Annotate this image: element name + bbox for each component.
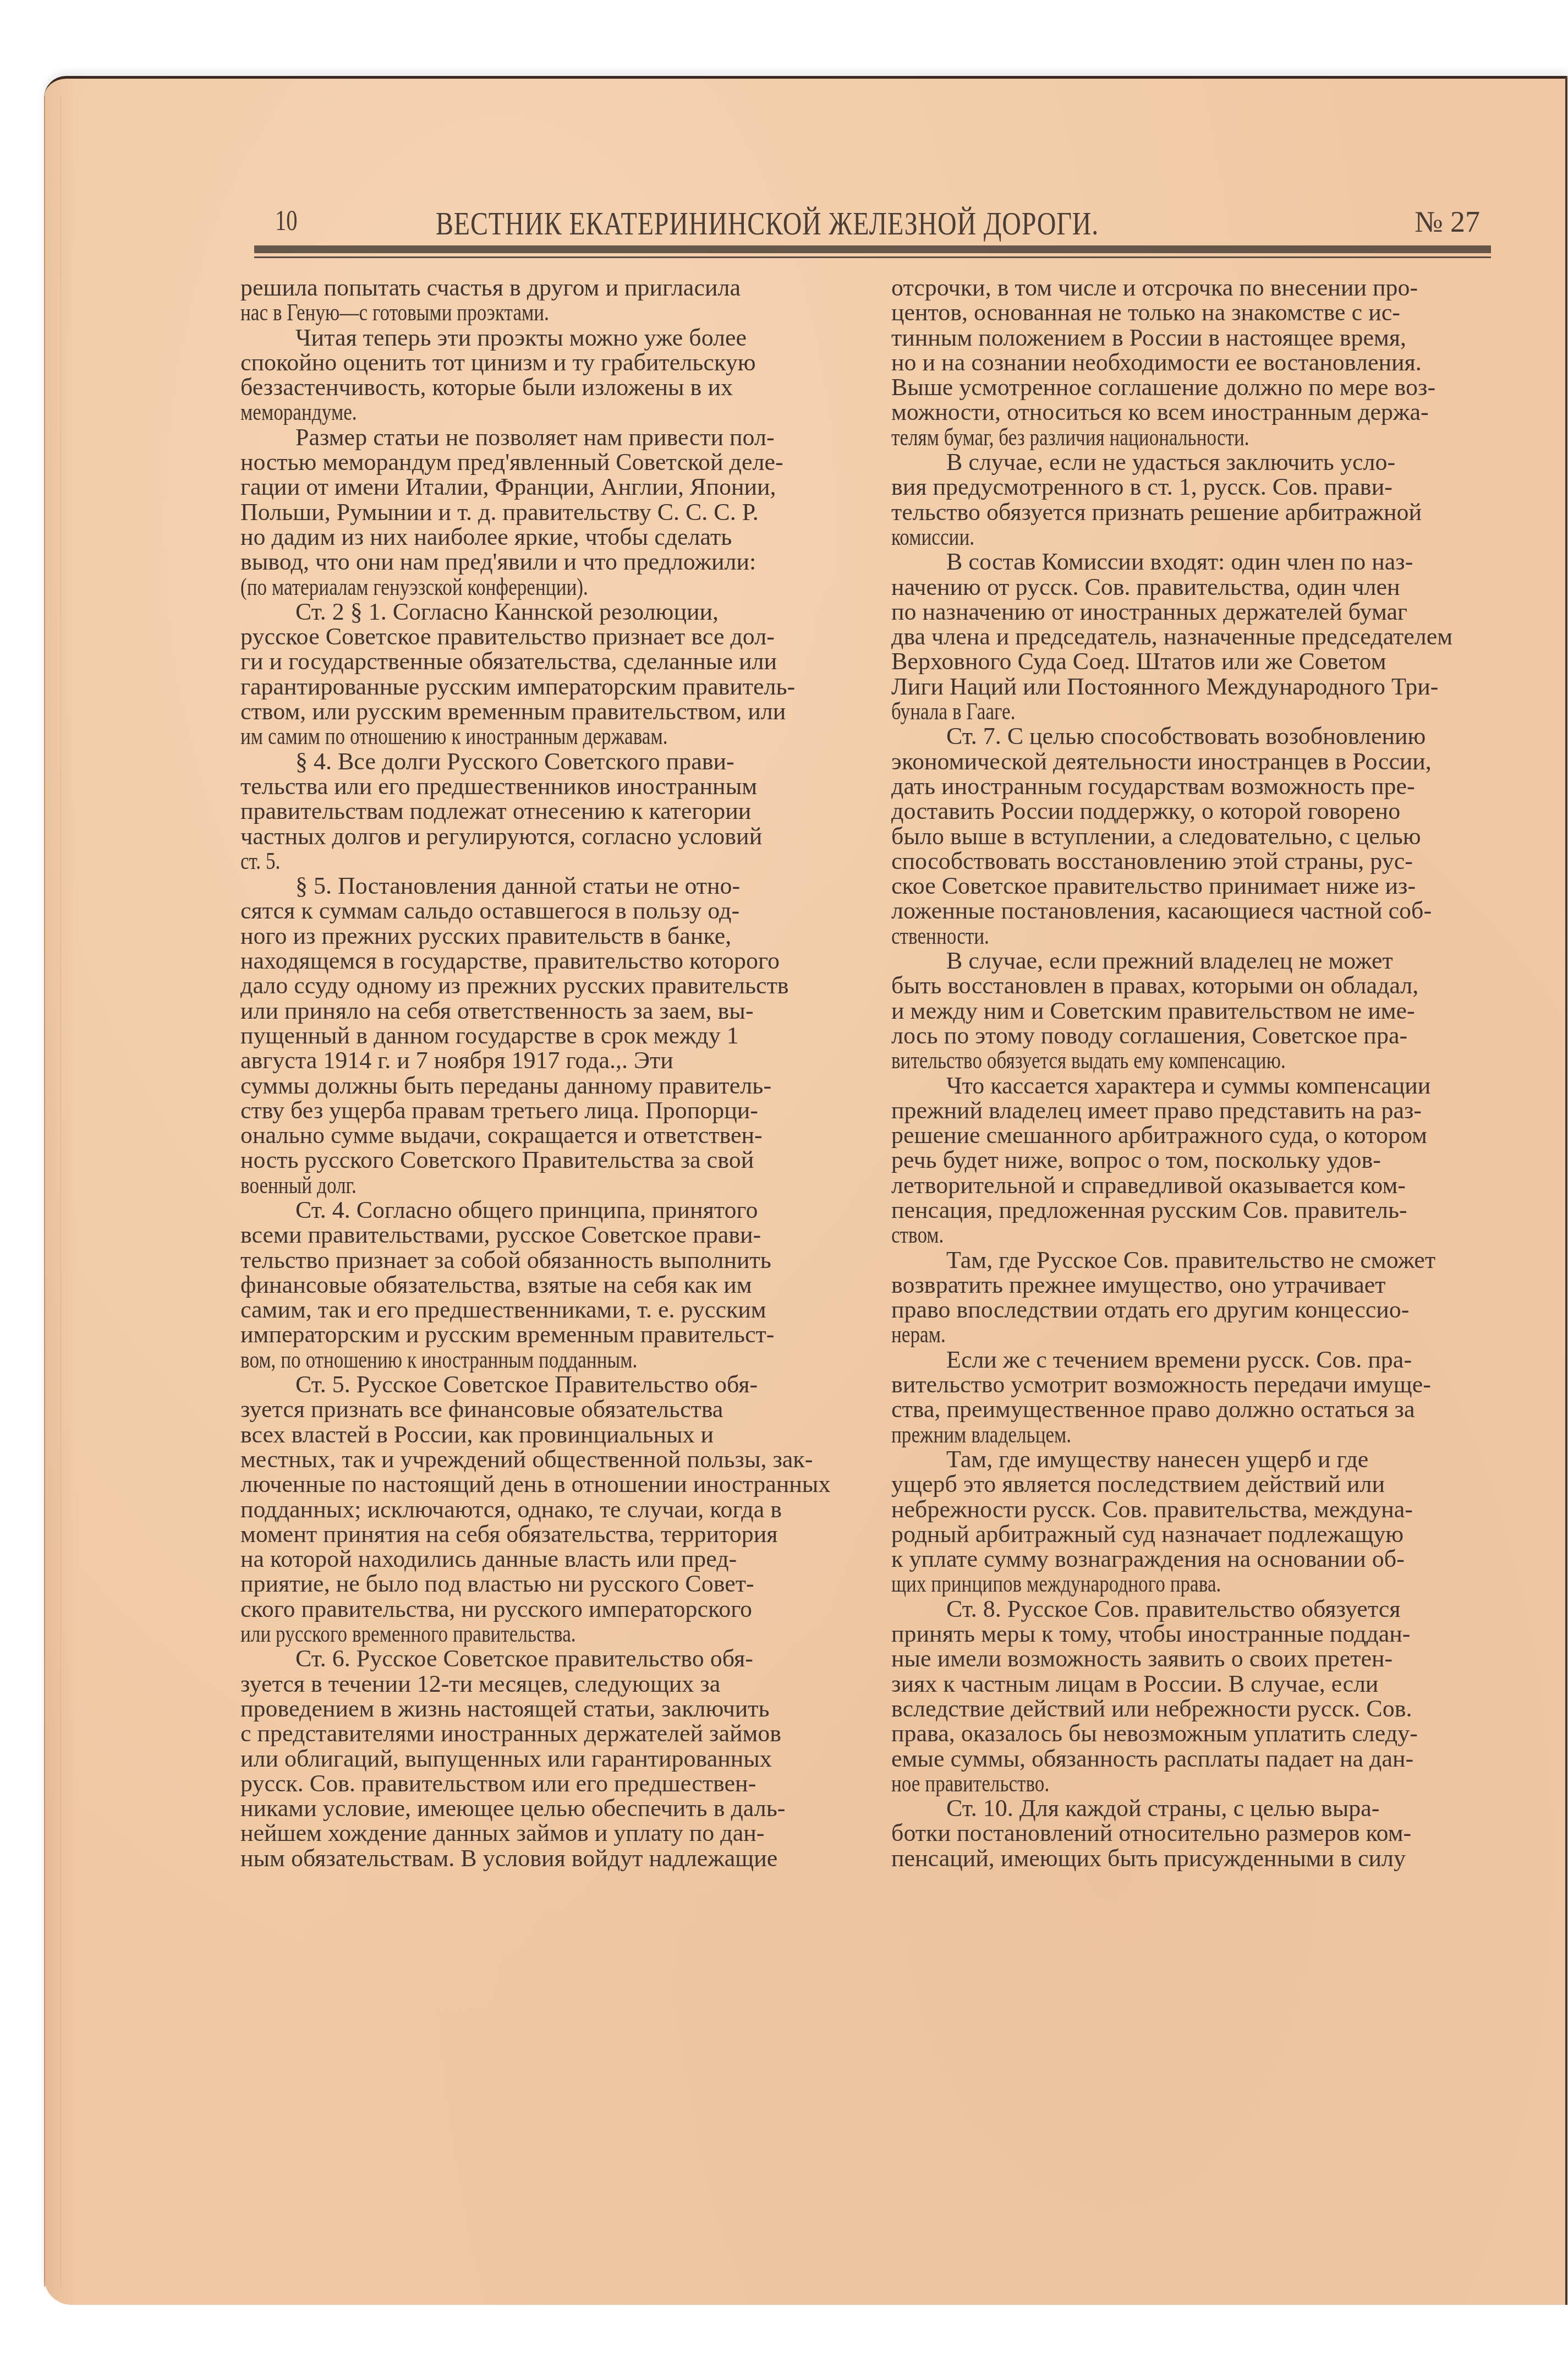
text-line: два члена и председатель, назначенные пр…: [891, 624, 1502, 649]
text-line: но дадим из них наиболее яркие, чтобы сд…: [240, 524, 851, 549]
text-line: ное правительство.: [891, 1771, 1502, 1796]
text-line: Размер статьи не позволяет нам привести …: [240, 425, 851, 450]
text-line: ству без ущерба правам третьего лица. Пр…: [240, 1098, 851, 1123]
text-line-content: ством.: [891, 1222, 944, 1247]
text-line-content: Ст. 2 § 1. Согласно Каннской резолюции,: [295, 599, 719, 624]
text-line-content: В случае, если не удасться заключить усл…: [946, 450, 1395, 474]
text-line: находящемся в государстве, правительство…: [240, 948, 851, 973]
text-line: к уплате сумму вознаграждения на основан…: [891, 1546, 1502, 1571]
text-line: вом, по отношению к иностранным подданны…: [240, 1347, 851, 1372]
text-line: возвратить прежнее имущество, оно утрачи…: [891, 1272, 1502, 1297]
text-line-content: беззастенчивость, которые были изложены …: [240, 375, 733, 400]
text-line-content: дать иностранным государствам возможност…: [891, 774, 1415, 799]
text-line-content: русское Советское правительство признает…: [240, 624, 775, 649]
text-line: или русского временного правительства.: [240, 1621, 851, 1646]
text-line-content: Ст. 5. Русское Советское Правительство о…: [295, 1372, 758, 1397]
text-line: спокойно оценить тот цинизм и ту грабите…: [240, 350, 851, 375]
text-line: дать иностранным государствам возможност…: [891, 774, 1502, 799]
text-line-content: местных, так и учреждений общественной п…: [240, 1447, 813, 1472]
text-line: Что кассается характера и суммы компенса…: [891, 1073, 1502, 1098]
text-line: нас в Геную—с готовыми проэктами.: [240, 300, 851, 325]
text-line-content: Ст. 4. Согласно общего принципа, принято…: [295, 1198, 758, 1222]
text-line-content: ложенные постановления, касающиеся частн…: [891, 898, 1432, 923]
text-line: право впоследствии отдать его другим кон…: [891, 1297, 1502, 1322]
text-line-content: ностью меморандум пред'явленный Советско…: [240, 450, 783, 474]
text-line-content: отсрочки, в том числе и отсрочка по внес…: [891, 275, 1418, 300]
text-line-content: на которой находились данные власть или …: [240, 1546, 737, 1571]
text-line: ботки постановлений относительно размеро…: [891, 1821, 1502, 1845]
text-line: правительствам подлежат отнесению к кате…: [240, 799, 851, 823]
text-line: щих принципов международного права.: [891, 1571, 1502, 1596]
text-line-content: § 5. Постановления данной статьи не отно…: [295, 873, 740, 898]
text-line-content: летворительной и справедливой оказываетс…: [891, 1173, 1406, 1198]
text-line-content: гарантированные русским императорским пр…: [240, 674, 795, 699]
text-line-content: Читая теперь эти проэкты можно уже более: [295, 325, 747, 350]
text-line-content: меморандуме.: [240, 400, 357, 424]
text-line-content: Что кассается характера и суммы компенса…: [946, 1073, 1430, 1098]
text-line-content: прежний владелец имеет право представить…: [891, 1098, 1422, 1123]
text-line-content: было выше в вступлении, а следовательно,…: [891, 824, 1421, 849]
text-line: гарантированные русским императорским пр…: [240, 674, 851, 699]
text-line-content: или облигаций, выпущенных или гарантиров…: [240, 1746, 772, 1771]
text-line: прежним владельцем.: [891, 1422, 1502, 1447]
text-line: пенсаций, имеющих быть присужденными в с…: [891, 1846, 1502, 1871]
text-line-content: правительствам подлежат отнесению к кате…: [240, 799, 751, 823]
text-line-content: ного из прежних русских правительств в б…: [240, 923, 731, 948]
text-line-content: по назначению от иностранных держателей …: [891, 599, 1407, 624]
text-line-content: августа 1914 г. и 7 ноября 1917 года.,. …: [240, 1048, 673, 1073]
text-line: емые суммы, обязанность расплаты падает …: [891, 1746, 1502, 1771]
text-line: решение смешанного арбитражного суда, о …: [891, 1123, 1502, 1147]
text-line: ного из прежних русских правительств в б…: [240, 923, 851, 948]
text-line: ным обязательствам. В условия войдут над…: [240, 1846, 851, 1871]
text-line-content: ское Советское правительство принимает н…: [891, 873, 1416, 898]
text-line-content: права, оказалось бы невозможным уплатить…: [891, 1721, 1418, 1746]
text-line: ущерб это является последствием действий…: [891, 1472, 1502, 1496]
text-line: Ст. 6. Русское Советское правительство о…: [240, 1646, 851, 1671]
text-line-content: зиях к частным лицам в России. В случае,…: [891, 1671, 1378, 1696]
text-line-content: В состав Комиссии входят: один член по н…: [946, 549, 1413, 574]
text-line-content: Ст. 6. Русское Советское правительство о…: [295, 1646, 753, 1671]
text-line: Ст. 4. Согласно общего принципа, принято…: [240, 1198, 851, 1222]
issue-number: № 27: [1415, 205, 1480, 239]
text-line-content: быть восстановлен в правах, которыми он …: [891, 973, 1418, 998]
text-line-content: зуется в течении 12-ти месяцев, следующи…: [240, 1671, 720, 1696]
text-line: Читая теперь эти проэкты можно уже более: [240, 325, 851, 350]
text-line: вия предусмотренного в ст. 1, русск. Сов…: [891, 474, 1502, 499]
text-line: люченные по настоящий день в отношении и…: [240, 1472, 851, 1496]
text-line-content: вом, по отношению к иностранным подданны…: [240, 1347, 637, 1372]
text-line: беззастенчивость, которые были изложены …: [240, 375, 851, 400]
text-line-content: военный долг.: [240, 1173, 357, 1198]
text-line-content: можности, относиться ко всем иностранным…: [891, 400, 1429, 424]
text-line-content: ства, преимущественное право должно оста…: [891, 1397, 1415, 1422]
text-line-content: тинным положением в России в настоящее в…: [891, 325, 1406, 350]
text-line: по назначению от иностранных держателей …: [891, 599, 1502, 624]
header-rule-thin: [254, 256, 1491, 258]
text-line-content: Там, где Русское Сов. правительство не с…: [946, 1248, 1435, 1272]
text-line: решила попытать счастья в другом и пригл…: [240, 275, 851, 300]
text-line: телям бумаг, без различия национальности…: [891, 425, 1502, 450]
text-line: тинным положением в России в настоящее в…: [891, 325, 1502, 350]
text-line: § 5. Постановления данной статьи не отно…: [240, 873, 851, 898]
text-line-content: Верховного Суда Соед. Штатов или же Сове…: [891, 649, 1386, 674]
text-line-content: или русского временного правительства.: [240, 1621, 576, 1646]
text-line: прежний владелец имеет право представить…: [891, 1098, 1502, 1123]
text-line: ные имели возможность заявить о своих пр…: [891, 1646, 1502, 1671]
text-line-content: самим, так и его предшественниками, т. е…: [240, 1297, 766, 1322]
text-line: Ст. 5. Русское Советское Правительство о…: [240, 1372, 851, 1397]
text-line-content: находящемся в государстве, правительство…: [240, 948, 780, 973]
text-line-content: прежним владельцем.: [891, 1422, 1071, 1447]
text-line-content: люченные по настоящий день в отношении и…: [240, 1472, 830, 1496]
text-line: ложенные постановления, касающиеся частн…: [891, 898, 1502, 923]
text-line: ность русского Советского Правительства …: [240, 1147, 851, 1172]
text-line-content: вительство обязуется выдать ему компенса…: [891, 1048, 1286, 1073]
text-line: Ст. 2 § 1. Согласно Каннской резолюции,: [240, 599, 851, 624]
text-line-content: или приняло на себя ответственность за з…: [240, 998, 754, 1023]
text-line-content: Ст. 7. С целью способствовать возобновле…: [946, 724, 1426, 748]
text-line-content: Лиги Наций или Постоянного Международног…: [891, 674, 1438, 699]
text-line-content: ственности.: [891, 923, 989, 948]
publication-title: ВЕСТНИК ЕКАТЕРИНИНСКОЙ ЖЕЛЕЗНОЙ ДОРОГИ.: [436, 205, 1099, 243]
text-line-content: пущенный в данном государстве в срок меж…: [240, 1023, 739, 1048]
text-line-content: ст. 5.: [240, 849, 280, 873]
page-number: 10: [275, 205, 298, 237]
text-line-content: ги и государственные обязательства, сдел…: [240, 649, 777, 674]
text-line-content: § 4. Все долги Русского Советского прави…: [295, 749, 734, 774]
text-line: или приняло на себя ответственность за з…: [240, 998, 851, 1023]
text-line-content: (по материалам генуэзской конференции).: [240, 575, 588, 599]
text-line-content: телям бумаг, без различия национальности…: [891, 425, 1249, 450]
text-line-content: решение смешанного арбитражного суда, о …: [891, 1123, 1427, 1147]
text-line: зуется в течении 12-ти месяцев, следующи…: [240, 1671, 851, 1696]
text-line-content: способствовать восстановлению этой стран…: [891, 849, 1413, 873]
text-line-content: решила попытать счастья в другом и пригл…: [240, 275, 741, 300]
text-line: Польши, Румынии и т. д. правительству С.…: [240, 500, 851, 524]
text-line: ностью меморандум пред'явленный Советско…: [240, 450, 851, 474]
text-line: тельства или его предшественников иностр…: [240, 774, 851, 799]
text-line-content: никами условие, имеющее целью обеспечить…: [240, 1796, 785, 1821]
text-line-content: момент принятия на себя обязательства, т…: [240, 1522, 778, 1546]
text-line-content: спокойно оценить тот цинизм и ту грабите…: [240, 350, 756, 375]
text-line-content: ботки постановлений относительно размеро…: [891, 1821, 1411, 1845]
text-line: В случае, если не удасться заключить усл…: [891, 450, 1502, 474]
text-line: но и на сознании необходимости ее востан…: [891, 350, 1502, 375]
text-line-content: тельство обязуется признать решение арби…: [891, 500, 1422, 524]
text-line-content: ные имели возможность заявить о своих пр…: [891, 1646, 1392, 1671]
text-line: гации от имени Италии, Франции, Англии, …: [240, 474, 851, 499]
text-line: императорским и русским временным правит…: [240, 1322, 851, 1347]
text-line-content: вия предусмотренного в ст. 1, русск. Сов…: [891, 474, 1392, 499]
text-line-content: Размер статьи не позволяет нам привести …: [295, 425, 775, 450]
text-line-content: ству без ущерба правам третьего лица. Пр…: [240, 1098, 758, 1123]
text-line: (по материалам генуэзской конференции).: [240, 575, 851, 599]
text-line-content: ством, или русским временным правительст…: [240, 699, 786, 724]
text-line: ством.: [891, 1222, 1502, 1247]
text-line-content: императорским и русским временным правит…: [240, 1322, 774, 1347]
text-line: с представителями иностранных держателей…: [240, 1721, 851, 1746]
text-line: способствовать восстановлению этой стран…: [891, 849, 1502, 873]
text-line-content: ского правительства, ни русского императ…: [240, 1597, 752, 1621]
text-line: быть восстановлен в правах, которыми он …: [891, 973, 1502, 998]
text-line-content: Ст. 8. Русское Сов. правительство обязуе…: [946, 1597, 1400, 1621]
text-line: всеми правительствами, русское Советское…: [240, 1222, 851, 1247]
text-line: местных, так и учреждений общественной п…: [240, 1447, 851, 1472]
text-line-content: экономической деятельности иностранцев в…: [891, 749, 1432, 774]
text-line-content: и между ним и Советским правительством н…: [891, 998, 1415, 1023]
text-line-content: нас в Геную—с готовыми проэктами.: [240, 300, 549, 325]
text-line: им самим по отношению к иностранным держ…: [240, 724, 851, 748]
text-line: финансовые обязательства, взятые на себя…: [240, 1272, 851, 1297]
text-line: центов, основанная не только на знакомст…: [891, 300, 1502, 325]
text-line-content: финансовые обязательства, взятые на себя…: [240, 1272, 752, 1297]
text-line: В состав Комиссии входят: один член по н…: [891, 549, 1502, 574]
text-line: дало ссуду одному из прежних русских пра…: [240, 973, 851, 998]
text-column-left: решила попытать счастья в другом и пригл…: [240, 275, 851, 1871]
text-line-content: ность русского Советского Правительства …: [240, 1147, 754, 1172]
text-line-content: зуется признать все финансовые обязатель…: [240, 1397, 723, 1422]
text-line-content: пенсация, предложенная русским Сов. прав…: [891, 1198, 1407, 1222]
text-line-content: бунала в Гааге.: [891, 699, 1015, 724]
text-line-content: принять меры к тому, чтобы иностранные п…: [891, 1621, 1410, 1646]
text-line-content: всех властей в России, как провинциальны…: [240, 1422, 714, 1447]
text-line-content: Там, где имуществу нанесен ущерб и где: [946, 1447, 1368, 1472]
text-line: ст. 5.: [240, 849, 851, 873]
text-line-content: всеми правительствами, русское Советское…: [240, 1222, 761, 1247]
text-line: Ст. 8. Русское Сов. правительство обязуе…: [891, 1597, 1502, 1621]
text-line-content: с представителями иностранных держателей…: [240, 1721, 781, 1746]
text-line: русское Советское правительство признает…: [240, 624, 851, 649]
text-line: нерам.: [891, 1322, 1502, 1347]
text-line-content: приятие, не было под властью ни русского…: [240, 1571, 754, 1596]
header-rule-thick: [254, 245, 1491, 253]
text-line: вывод, что они нам пред'явили и что пред…: [240, 549, 851, 574]
text-line: Там, где имуществу нанесен ущерб и где: [891, 1447, 1502, 1472]
text-line-content: центов, основанная не только на знакомст…: [891, 300, 1400, 325]
text-line-content: сятся к суммам сальдо оставшегося в поль…: [240, 898, 739, 923]
text-line-content: но дадим из них наиболее яркие, чтобы сд…: [240, 524, 732, 549]
text-line: ственности.: [891, 923, 1502, 948]
text-line-content: комиссии.: [891, 524, 974, 549]
text-line-content: щих принципов международного права.: [891, 1571, 1221, 1596]
text-line-content: гации от имени Италии, Франции, Англии, …: [240, 474, 776, 499]
text-line: Если же с течением времени русск. Сов. п…: [891, 1347, 1502, 1372]
text-line-content: небрежности русск. Сов. правительства, м…: [891, 1497, 1413, 1522]
text-line: речь будет ниже, вопрос о том, поскольку…: [891, 1147, 1502, 1172]
text-line: начению от русск. Сов. правительства, од…: [891, 575, 1502, 599]
text-line: сятся к суммам сальдо оставшегося в поль…: [240, 898, 851, 923]
text-line: было выше в вступлении, а следовательно,…: [891, 824, 1502, 849]
text-line-content: емые суммы, обязанность расплаты падает …: [891, 1746, 1413, 1771]
text-line-content: два члена и председатель, назначенные пр…: [891, 624, 1452, 649]
text-line: зуется признать все финансовые обязатель…: [240, 1397, 851, 1422]
text-line: подданных; исключаются, однако, те случа…: [240, 1497, 851, 1522]
text-line: самим, так и его предшественниками, т. е…: [240, 1297, 851, 1322]
text-line: частных долгов и регулируются, согласно …: [240, 824, 851, 849]
text-line-content: дало ссуду одному из прежних русских пра…: [240, 973, 789, 998]
text-line: летворительной и справедливой оказываетс…: [891, 1173, 1502, 1198]
text-line: Верховного Суда Соед. Штатов или же Сове…: [891, 649, 1502, 674]
text-line: принять меры к тому, чтобы иностранные п…: [891, 1621, 1502, 1646]
text-line-content: нейшем хождение данных займов и уплату п…: [240, 1821, 764, 1845]
text-line-content: проведением в жизнь настоящей статьи, за…: [240, 1696, 770, 1721]
text-line-content: В случае, если прежний владелец не может: [946, 948, 1393, 973]
text-line: Ст. 10. Для каждой страны, с целью выра-: [891, 1796, 1502, 1821]
text-line-content: Ст. 10. Для каждой страны, с целью выра-: [946, 1796, 1379, 1821]
text-line: Лиги Наций или Постоянного Международног…: [891, 674, 1502, 699]
text-line: ского правительства, ни русского императ…: [240, 1597, 851, 1621]
text-line: Ст. 7. С целью способствовать возобновле…: [891, 724, 1502, 748]
page-header: 10 ВЕСТНИК ЕКАТЕРИНИНСКОЙ ЖЕЛЕЗНОЙ ДОРОГ…: [259, 205, 1485, 243]
text-line: тельство обязуется признать решение арби…: [891, 500, 1502, 524]
text-line-content: тельство признает за собой обязанность в…: [240, 1248, 771, 1272]
text-line: нейшем хождение данных займов и уплату п…: [240, 1821, 851, 1845]
text-column-right: отсрочки, в том числе и отсрочка по внес…: [891, 275, 1502, 1871]
text-line: военный долг.: [240, 1173, 851, 1198]
text-line: вительство усмотрит возможность передачи…: [891, 1372, 1502, 1397]
text-line: Выше усмотренное соглашение должно по ме…: [891, 375, 1502, 400]
text-line: можности, относиться ко всем иностранным…: [891, 400, 1502, 424]
text-line-content: нерам.: [891, 1322, 946, 1347]
text-line-content: русск. Сов. правительством или его предш…: [240, 1771, 756, 1796]
text-line-content: лось по этому поводу соглашения, Советск…: [891, 1023, 1407, 1048]
text-line: отсрочки, в том числе и отсрочка по внес…: [891, 275, 1502, 300]
text-line-content: доставить России поддержку, о которой го…: [891, 799, 1400, 823]
text-line-content: частных долгов и регулируются, согласно …: [240, 824, 762, 849]
text-line: небрежности русск. Сов. правительства, м…: [891, 1497, 1502, 1522]
text-line: русск. Сов. правительством или его предш…: [240, 1771, 851, 1796]
text-line: экономической деятельности иностранцев в…: [891, 749, 1502, 774]
text-line: ства, преимущественное право должно оста…: [891, 1397, 1502, 1422]
text-line: тельство признает за собой обязанность в…: [240, 1248, 851, 1272]
text-line: ством, или русским временным правительст…: [240, 699, 851, 724]
text-line-content: вывод, что они нам пред'явили и что пред…: [240, 549, 756, 574]
text-line-content: суммы должны быть переданы данному прави…: [240, 1073, 771, 1098]
text-line: и между ним и Советским правительством н…: [891, 998, 1502, 1023]
text-line: проведением в жизнь настоящей статьи, за…: [240, 1696, 851, 1721]
text-line: Там, где Русское Сов. правительство не с…: [891, 1248, 1502, 1272]
text-line-content: но и на сознании необходимости ее востан…: [891, 350, 1422, 375]
text-line-content: тельства или его предшественников иностр…: [240, 774, 757, 799]
text-line: доставить России поддержку, о которой го…: [891, 799, 1502, 823]
text-line: на которой находились данные власть или …: [240, 1546, 851, 1571]
text-line: суммы должны быть переданы данному прави…: [240, 1073, 851, 1098]
text-line: пенсация, предложенная русским Сов. прав…: [891, 1198, 1502, 1222]
text-line-content: онально сумме выдачи, сокращается и отве…: [240, 1123, 763, 1147]
text-line-content: ным обязательствам. В условия войдут над…: [240, 1846, 777, 1871]
text-line: бунала в Гааге.: [891, 699, 1502, 724]
text-line: права, оказалось бы невозможным уплатить…: [891, 1721, 1502, 1746]
text-line: момент принятия на себя обязательства, т…: [240, 1522, 851, 1546]
text-line-content: вследствие действий или небрежности русс…: [891, 1696, 1412, 1721]
text-line-content: пенсаций, имеющих быть присужденными в с…: [891, 1846, 1406, 1871]
text-line: § 4. Все долги Русского Советского прави…: [240, 749, 851, 774]
text-line: родный арбитражный суд назначает подлежа…: [891, 1522, 1502, 1546]
text-line: лось по этому поводу соглашения, Советск…: [891, 1023, 1502, 1048]
text-line-content: им самим по отношению к иностранным держ…: [240, 724, 668, 748]
text-line: ское Советское правительство принимает н…: [891, 873, 1502, 898]
text-line: онально сумме выдачи, сокращается и отве…: [240, 1123, 851, 1147]
text-line: В случае, если прежний владелец не может: [891, 948, 1502, 973]
text-line-content: возвратить прежнее имущество, оно утрачи…: [891, 1272, 1386, 1297]
text-line: всех властей в России, как провинциальны…: [240, 1422, 851, 1447]
text-line-content: подданных; исключаются, однако, те случа…: [240, 1497, 782, 1522]
text-line-content: Если же с течением времени русск. Сов. п…: [946, 1347, 1412, 1372]
text-line-content: начению от русск. Сов. правительства, од…: [891, 575, 1400, 599]
text-line: августа 1914 г. и 7 ноября 1917 года.,. …: [240, 1048, 851, 1073]
text-line: вительство обязуется выдать ему компенса…: [891, 1048, 1502, 1073]
text-line: никами условие, имеющее целью обеспечить…: [240, 1796, 851, 1821]
text-line-content: ущерб это является последствием действий…: [891, 1472, 1385, 1496]
text-line-content: речь будет ниже, вопрос о том, поскольку…: [891, 1147, 1381, 1172]
text-line: ги и государственные обязательства, сдел…: [240, 649, 851, 674]
text-line-content: право впоследствии отдать его другим кон…: [891, 1297, 1409, 1322]
text-line-content: родный арбитражный суд назначает подлежа…: [891, 1522, 1403, 1546]
text-line-content: ное правительство.: [891, 1771, 1049, 1796]
text-line-content: вительство усмотрит возможность передачи…: [891, 1372, 1431, 1397]
text-line: или облигаций, выпущенных или гарантиров…: [240, 1746, 851, 1771]
text-line: приятие, не было под властью ни русского…: [240, 1571, 851, 1596]
text-line: меморандуме.: [240, 400, 851, 424]
text-line: зиях к частным лицам в России. В случае,…: [891, 1671, 1502, 1696]
text-line: вследствие действий или небрежности русс…: [891, 1696, 1502, 1721]
text-line: комиссии.: [891, 524, 1502, 549]
text-line-content: к уплате сумму вознаграждения на основан…: [891, 1546, 1405, 1571]
text-line: пущенный в данном государстве в срок меж…: [240, 1023, 851, 1048]
text-line-content: Польши, Румынии и т. д. правительству С.…: [240, 500, 759, 524]
text-line-content: Выше усмотренное соглашение должно по ме…: [891, 375, 1435, 400]
